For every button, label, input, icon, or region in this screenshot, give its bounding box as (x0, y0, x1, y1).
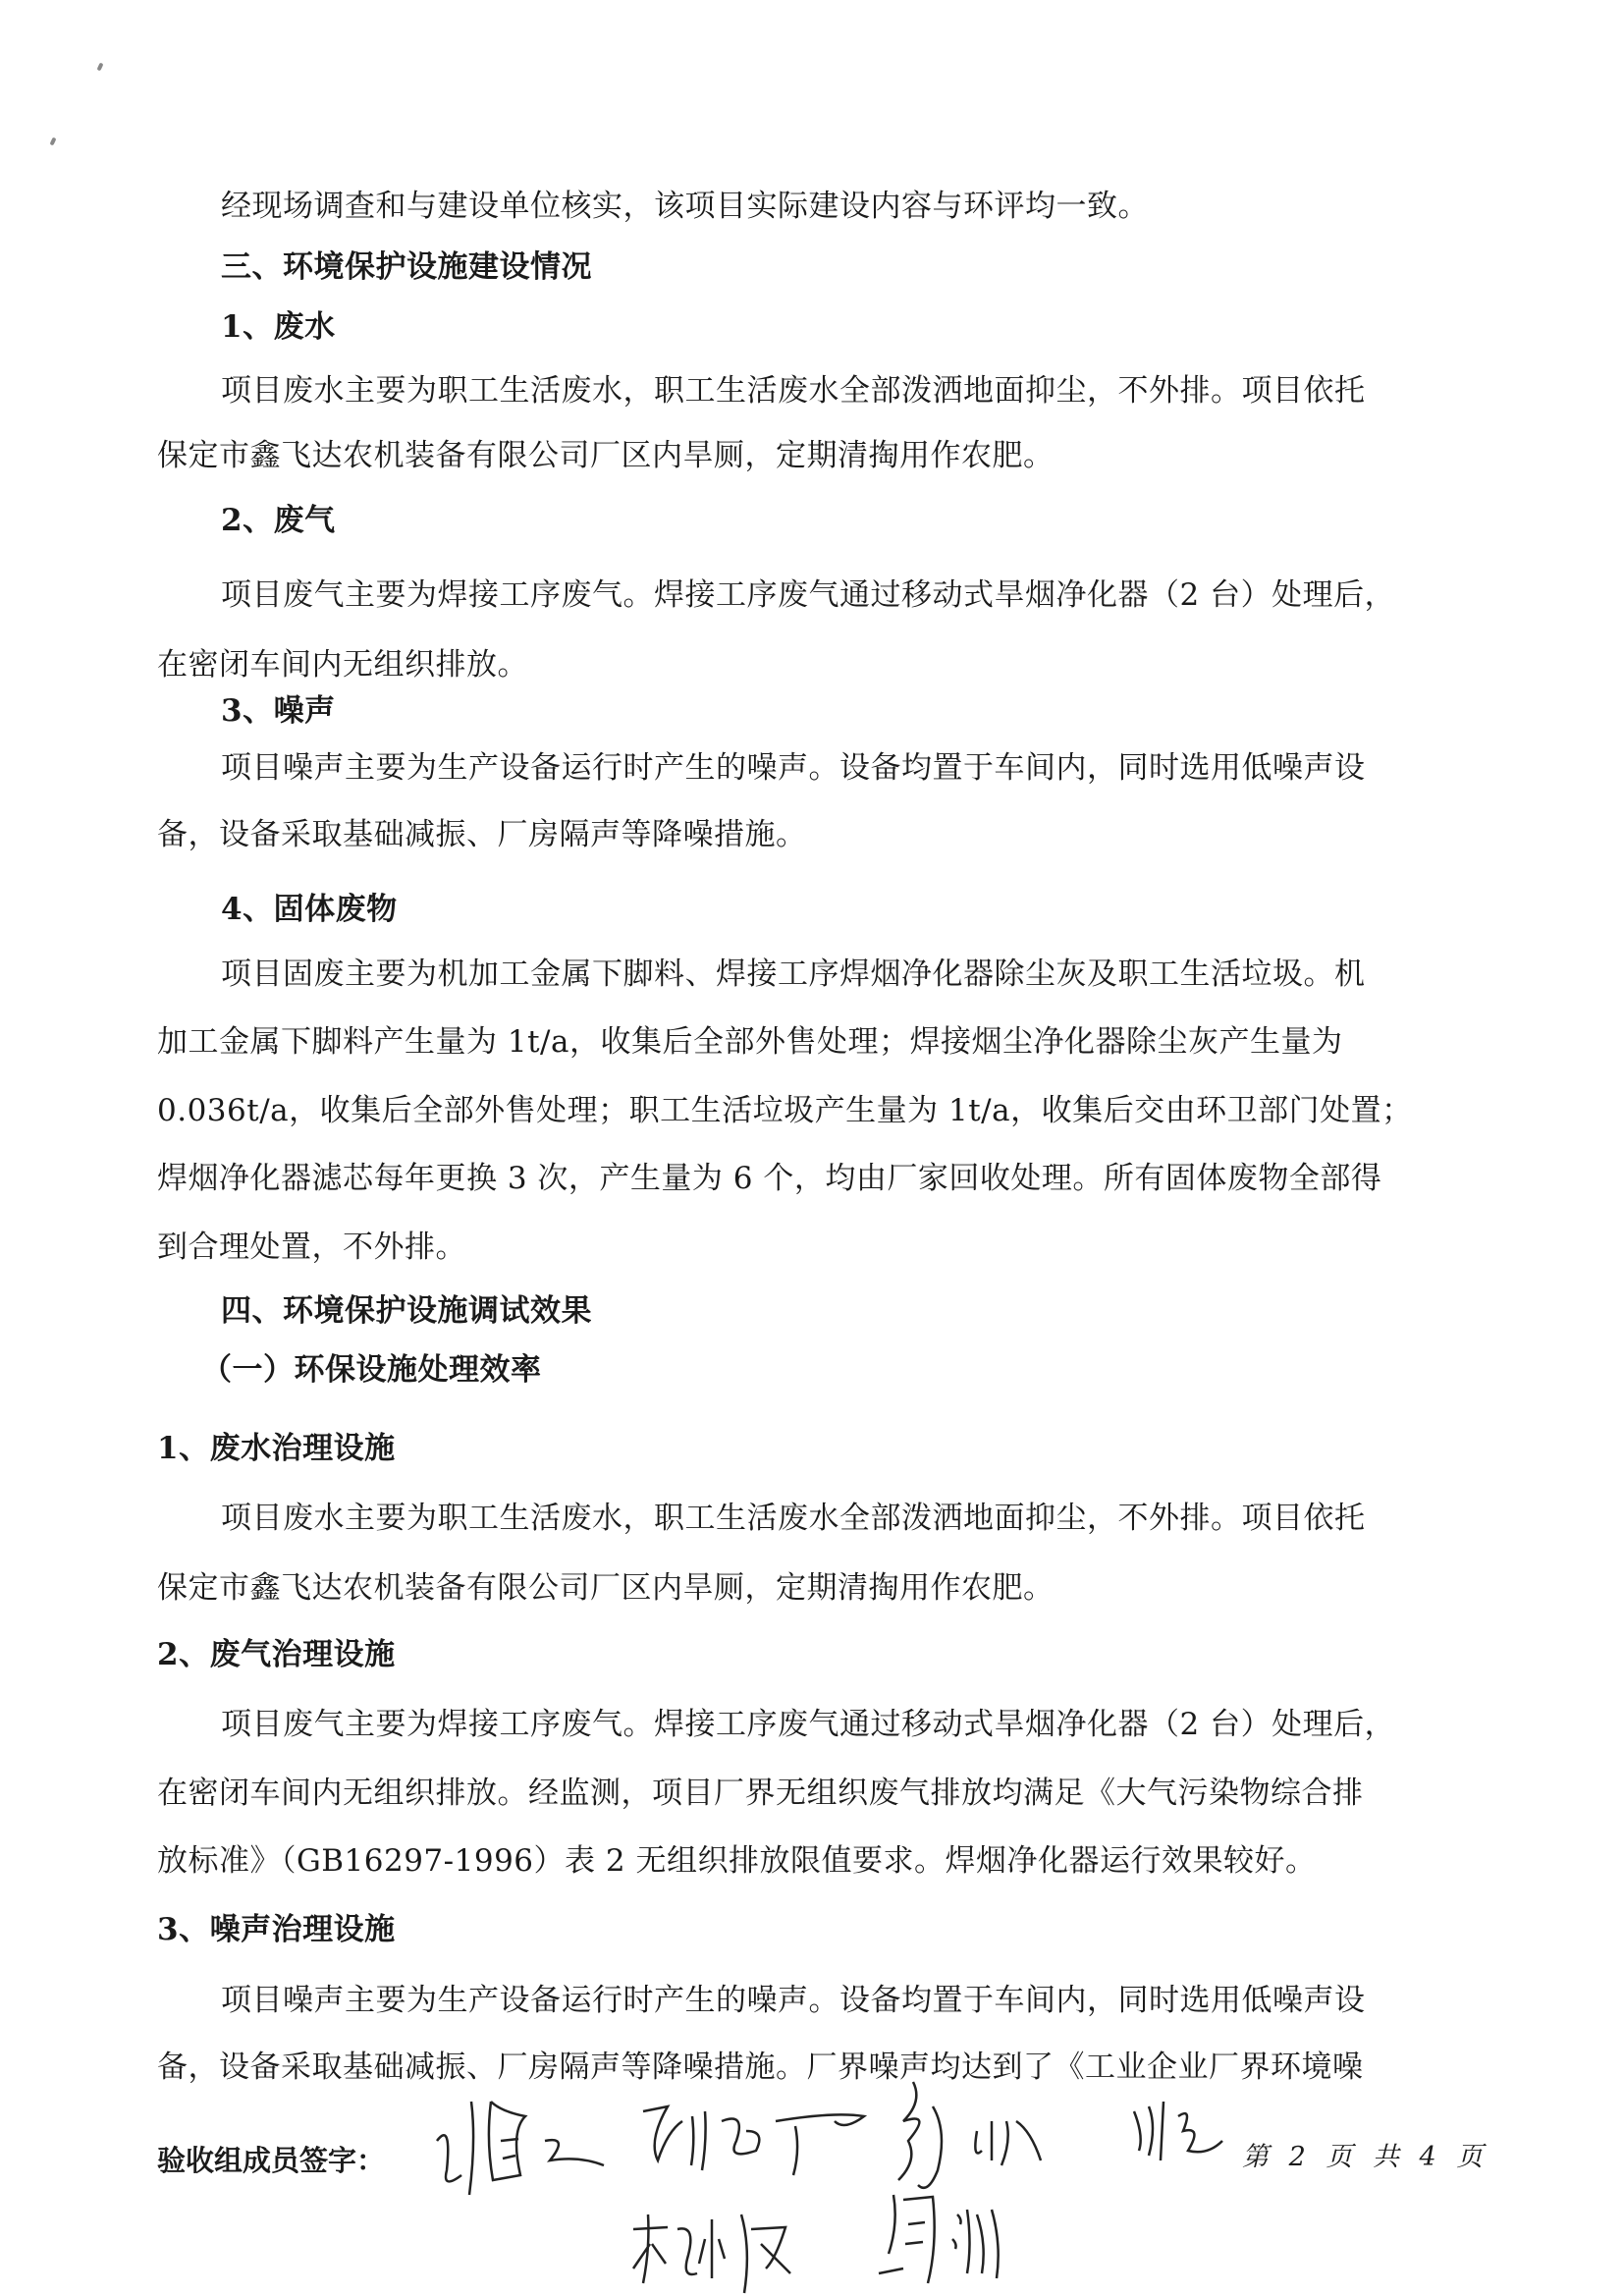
paragraph: 在密闭车间内无组织排放。经监测，项目厂界无组织废气排放均满足《大气污染物综合排 (157, 1774, 1364, 1813)
scan-speck (96, 63, 103, 72)
subsection-heading: 1、废水 (221, 307, 336, 347)
paragraph: 备，设备采取基础减振、厂房隔声等降噪措施。厂界噪声均达到了《工业企业厂界环境噪 (157, 2048, 1364, 2087)
paragraph: 项目噪声主要为生产设备运行时产生的噪声。设备均置于车间内，同时选用低噪声设 (221, 748, 1366, 788)
signature-label: 验收组成员签字： (157, 2139, 385, 2179)
handwritten-signature (628, 2200, 805, 2296)
section-heading: 三、环境保护设施建设情况 (221, 247, 592, 287)
handwritten-signature (638, 2092, 874, 2184)
handwritten-signature (432, 2082, 609, 2204)
paragraph: 到合理处置，不外排。 (157, 1228, 466, 1267)
subsection-heading: 3、噪声 (221, 691, 336, 731)
handwritten-signature (874, 2185, 1021, 2296)
paragraph: 项目废气主要为焊接工序废气。焊接工序废气通过移动式旱烟净化器（2 台）处理后， (221, 575, 1395, 615)
subsection-heading: 4、固体废物 (221, 890, 398, 929)
subsection-heading: 3、噪声治理设施 (157, 1910, 396, 1949)
paragraph: 保定市鑫飞达农机装备有限公司厂区内旱厕，定期清掏用作农肥。 (157, 1568, 1055, 1608)
subsection-heading: 1、废水治理设施 (157, 1429, 396, 1468)
paragraph: 放标准》（GB16297-1996）表 2 无组织排放限值要求。焊烟净化器运行效… (157, 1841, 1316, 1881)
paragraph: 焊烟净化器滤芯每年更换 3 次，产生量为 6 个，均由厂家回收处理。所有固体废物… (157, 1159, 1381, 1198)
handwritten-signature (884, 2072, 1080, 2204)
paragraph: 项目废水主要为职工生活废水，职工生活废水全部泼洒地面抑尘，不外排。项目依托 (221, 1499, 1366, 1538)
paragraph: 0.036t/a，收集后全部外售处理；职工生活垃圾产生量为 1t/a，收集后交由… (157, 1091, 1413, 1130)
paragraph: 项目废气主要为焊接工序废气。焊接工序废气通过移动式旱烟净化器（2 台）处理后， (221, 1705, 1395, 1744)
document-page: 经现场调查和与建设单位核实，该项目实际建设内容与环评均一致。 三、环境保护设施建… (0, 0, 1623, 2296)
subsection-heading: 2、废气治理设施 (157, 1635, 396, 1674)
page-number: 第 2 页 共 4 页 (1242, 2135, 1488, 2173)
paragraph: 经现场调查和与建设单位核实，该项目实际建设内容与环评均一致。 (221, 187, 1149, 226)
paragraph: 项目废水主要为职工生活废水，职工生活废水全部泼洒地面抑尘，不外排。项目依托 (221, 371, 1366, 410)
paragraph: 加工金属下脚料产生量为 1t/a，收集后全部外售处理；焊接烟尘净化器除尘灰产生量… (157, 1022, 1342, 1062)
paragraph: 在密闭车间内无组织排放。 (157, 645, 528, 684)
handwritten-signature (1129, 2097, 1237, 2169)
paragraph: 备，设备采取基础减振、厂房隔声等降噪措施。 (157, 815, 807, 854)
paragraph: 项目固废主要为机加工金属下脚料、焊接工序焊烟净化器除尘灰及职工生活垃圾。机 (221, 955, 1366, 994)
section-heading: 四、环境保护设施调试效果 (221, 1291, 592, 1331)
paragraph: 保定市鑫飞达农机装备有限公司厂区内旱厕，定期清掏用作农肥。 (157, 436, 1055, 475)
subsection-heading: （一）环保设施处理效率 (201, 1350, 542, 1390)
subsection-heading: 2、废气 (221, 501, 336, 540)
paragraph: 项目噪声主要为生产设备运行时产生的噪声。设备均置于车间内，同时选用低噪声设 (221, 1981, 1366, 2020)
scan-speck (49, 137, 56, 146)
